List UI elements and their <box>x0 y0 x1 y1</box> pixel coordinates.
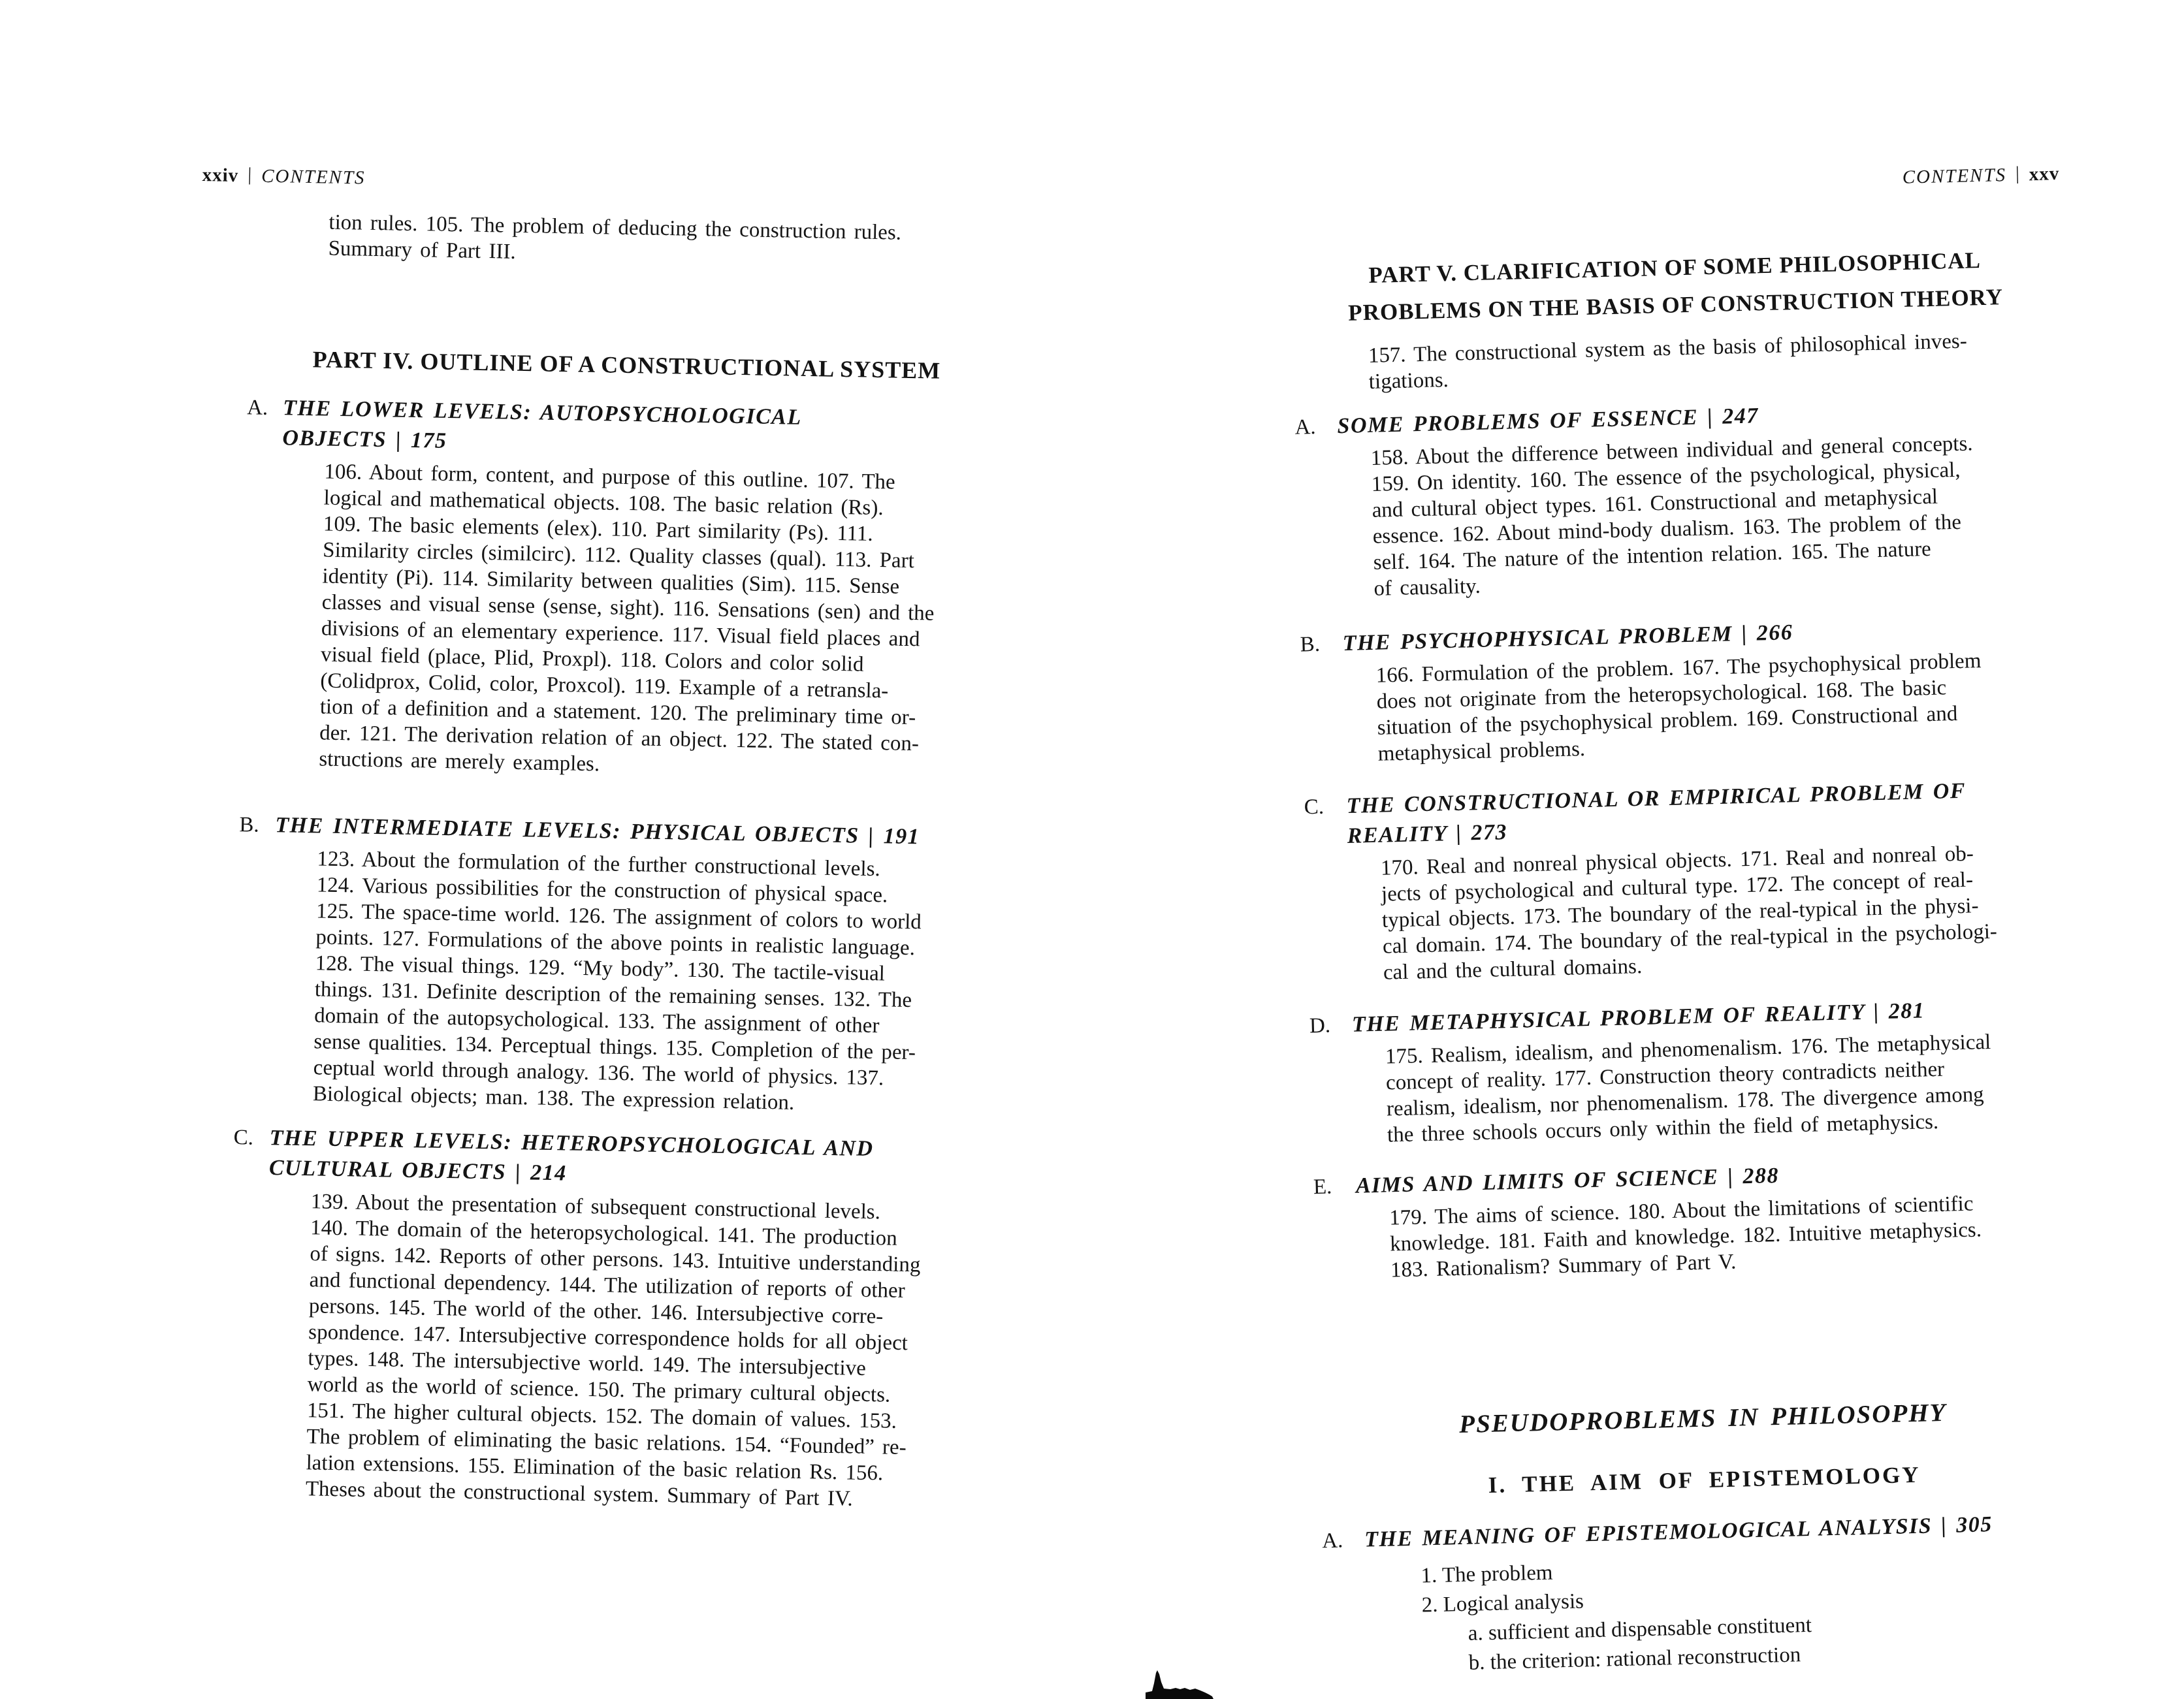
section-letter: E. <box>1313 1171 1356 1203</box>
section-body: 106. About form, content, and purpose of… <box>319 458 1020 784</box>
section-part4-c: C. THE UPPER LEVELS: HETEROPSYCHOLOGICAL… <box>227 1122 1008 1515</box>
running-head-right: CONTENTS|xxv <box>1285 163 2059 204</box>
ink-smudge-artifact <box>1144 1669 1216 1699</box>
running-head-title-right: CONTENTS <box>1902 165 2006 188</box>
section-content: THE PSYCHOPHYSICAL PROBLEM | 266 166. Fo… <box>1342 611 2074 768</box>
scanned-book-spread: { "artifacts": ["ink-smudge-bottom-cente… <box>0 0 2184 1699</box>
part5-heading: PART V. CLARIFICATION OF SOME PHILOSOPHI… <box>1287 240 2063 333</box>
section-body: 139. About the presentation of subsequen… <box>305 1188 1006 1514</box>
part5-intro: 157. The constructional system as the ba… <box>1368 326 2051 395</box>
page-right: CONTENTS|xxv PART V. CLARIFICATION OF SO… <box>1285 163 2096 1681</box>
section-letter: B. <box>239 810 276 840</box>
section-content: THE INTERMEDIATE LEVELS: PHYSICAL OBJECT… <box>270 810 1014 1120</box>
section-part5-a: A. SOME PROBLEMS OF ESSENCE | 247 158. A… <box>1294 394 2070 604</box>
section-body: 179. The aims of science. 180. About the… <box>1389 1188 2087 1284</box>
pseudoproblems-title: PSEUDOPROBLEMS IN PHILOSOPHY <box>1315 1394 2090 1442</box>
section-letter: B. <box>1300 629 1343 660</box>
section-part5-e: E. AIMS AND LIMITS OF SCIENCE | 288 179.… <box>1313 1154 2086 1286</box>
page-left: xxiv|CONTENTS tion rules. 105. The probl… <box>178 165 1025 1515</box>
section-letter: C. <box>233 1122 270 1153</box>
section-content: THE UPPER LEVELS: HETEROPSYCHOLOGICAL AN… <box>263 1123 1008 1515</box>
section-letter: A. <box>247 392 283 423</box>
section-content: AIMS AND LIMITS OF SCIENCE | 288 179. Th… <box>1355 1154 2086 1284</box>
section-part5-c: C. THE CONSTRUCTIONAL OR EMPIRICAL PROBL… <box>1304 774 2079 988</box>
section-content: THE METAPHYSICAL PROBLEM OF REALITY | 28… <box>1351 992 2083 1149</box>
section-body: 158. About the difference between indivi… <box>1370 428 2070 602</box>
section-title: THE CONSTRUCTIONAL OR EMPIRICAL PROBLEM … <box>1346 774 2076 851</box>
section-title: THE UPPER LEVELS: HETEROPSYCHOLOGICAL AN… <box>268 1123 1007 1197</box>
running-head-title-left: CONTENTS <box>261 166 366 189</box>
chapter1-heading: I. THE AIM OF EPISTEMOLOGY <box>1317 1457 2092 1502</box>
section-letter: A. <box>1322 1525 1365 1557</box>
page-number-left: xxiv <box>202 165 238 186</box>
section-body: 175. Realism, idealism, and phenomenalis… <box>1385 1027 2083 1149</box>
page-number-right: xxv <box>2029 163 2060 185</box>
section-body: 166. Formulation of the problem. 167. Th… <box>1375 646 2074 767</box>
section-part4-b: B. THE INTERMEDIATE LEVELS: PHYSICAL OBJ… <box>234 810 1014 1120</box>
toc-continuation-part3: tion rules. 105. The problem of deducing… <box>328 210 1004 274</box>
running-head-left: xxiv|CONTENTS <box>202 165 1025 201</box>
section-content: THE CONSTRUCTIONAL OR EMPIRICAL PROBLEM … <box>1346 774 2079 987</box>
section-letter: D. <box>1309 1010 1352 1041</box>
section-content: THE LOWER LEVELS: AUTOPSYCHOLOGICAL OBJE… <box>276 393 1021 785</box>
section-part4-a: A. THE LOWER LEVELS: AUTOPSYCHOLOGICAL O… <box>240 392 1021 785</box>
section-title: THE LOWER LEVELS: AUTOPSYCHOLOGICAL OBJE… <box>282 393 1021 467</box>
part4-heading: PART IV. OUTLINE OF A CONSTRUCTIONAL SYS… <box>241 340 1012 391</box>
section-body: 123. About the formulation of the furthe… <box>313 846 1013 1119</box>
section-part5-d: D. THE METAPHYSICAL PROBLEM OF REALITY |… <box>1309 992 2083 1151</box>
section-body: 170. Real and nonreal physical objects. … <box>1381 838 2080 986</box>
section-part5-b: B. THE PSYCHOPHYSICAL PROBLEM | 266 166.… <box>1300 611 2074 769</box>
section-content: SOME PROBLEMS OF ESSENCE | 247 158. Abou… <box>1337 394 2070 603</box>
section-letter: C. <box>1304 791 1347 823</box>
running-head-separator: | <box>238 164 261 185</box>
running-head-separator: | <box>2006 163 2030 184</box>
section-letter: A. <box>1294 411 1338 443</box>
